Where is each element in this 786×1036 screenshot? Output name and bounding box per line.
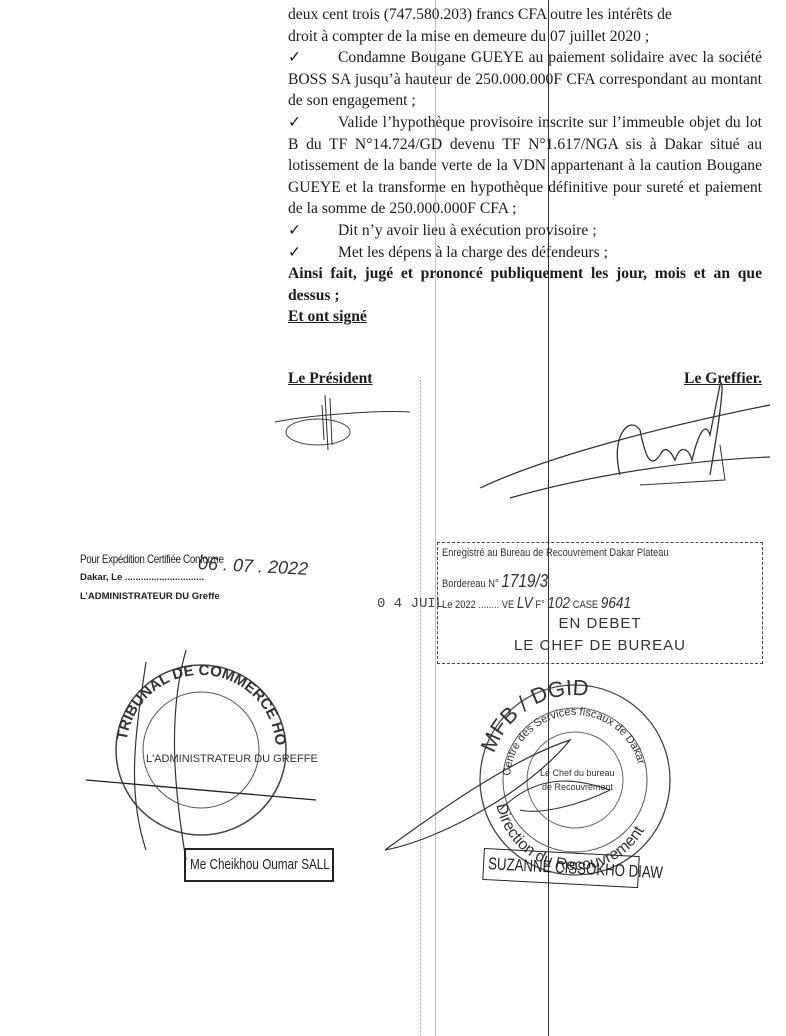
svg-text:de Recouvrement: de Recouvrement bbox=[542, 782, 614, 792]
chef-de-bureau-label: LE CHEF DE BUREAU bbox=[438, 637, 762, 654]
president-label: Le Président bbox=[288, 370, 372, 388]
check-icon: ✓ bbox=[288, 242, 338, 264]
svg-text:TRIBUNAL DE COMMERCE HORS CLAS: TRIBUNAL DE COMMERCE HORS CLASSE DE DAKA… bbox=[86, 650, 289, 747]
ruling-item-3: ✓Dit n’y avoir lieu à exécution provisoi… bbox=[288, 220, 762, 242]
chef-de-bureau-name: SUZANNE CISSOKHO DIAW bbox=[482, 848, 639, 888]
svg-text:Le Chef du bureau: Le Chef du bureau bbox=[540, 768, 615, 778]
scanned-document-page: deux cent trois (747.580.203) francs CFA… bbox=[0, 0, 786, 1036]
intro-line-2: droit à compter de la mise en demeure du… bbox=[288, 26, 762, 48]
closing-statement: Ainsi fait, jugé et prononcé publiquemen… bbox=[288, 263, 762, 306]
greffier-signature bbox=[470, 375, 780, 500]
judgment-text: deux cent trois (747.580.203) francs CFA… bbox=[288, 4, 762, 328]
intro-line-1: deux cent trois (747.580.203) francs CFA… bbox=[288, 4, 762, 26]
check-icon: ✓ bbox=[288, 220, 338, 242]
check-icon: ✓ bbox=[288, 47, 338, 69]
certified-copy-administrator: L’ADMINISTRATEUR DU Greffe bbox=[80, 591, 255, 602]
signed-heading: Et ont signé bbox=[288, 306, 762, 328]
ruling-item-1: ✓Condamne Bougane GUEYE au paiement soli… bbox=[288, 47, 762, 112]
registration-details-row: Le 2022 ........ VE LV F° 102 CASE 9641 bbox=[442, 595, 631, 613]
en-debet-label: EN DEBET bbox=[438, 615, 762, 632]
svg-text:L'ADMINISTRATEUR DU GREFFE: L'ADMINISTRATEUR DU GREFFE bbox=[146, 753, 318, 765]
registration-office: Enregistré au Bureau de Recouvrement Dak… bbox=[442, 547, 669, 559]
check-icon: ✓ bbox=[288, 112, 338, 134]
bordereau-row: Bordereau N° 1719/3 bbox=[442, 571, 548, 592]
president-signature bbox=[270, 390, 420, 460]
ruling-item-4: ✓Met les dépens à la charge des défendeu… bbox=[288, 242, 762, 264]
ruling-item-2: ✓Valide l’hypothèque provisoire inscrite… bbox=[288, 112, 762, 220]
registration-stamp: Enregistré au Bureau de Recouvrement Dak… bbox=[437, 542, 763, 664]
greffe-administrator-name: Me Cheikhou Oumar SALL bbox=[184, 848, 334, 882]
registration-date-stamp: 0 4 JUIL bbox=[377, 596, 444, 612]
